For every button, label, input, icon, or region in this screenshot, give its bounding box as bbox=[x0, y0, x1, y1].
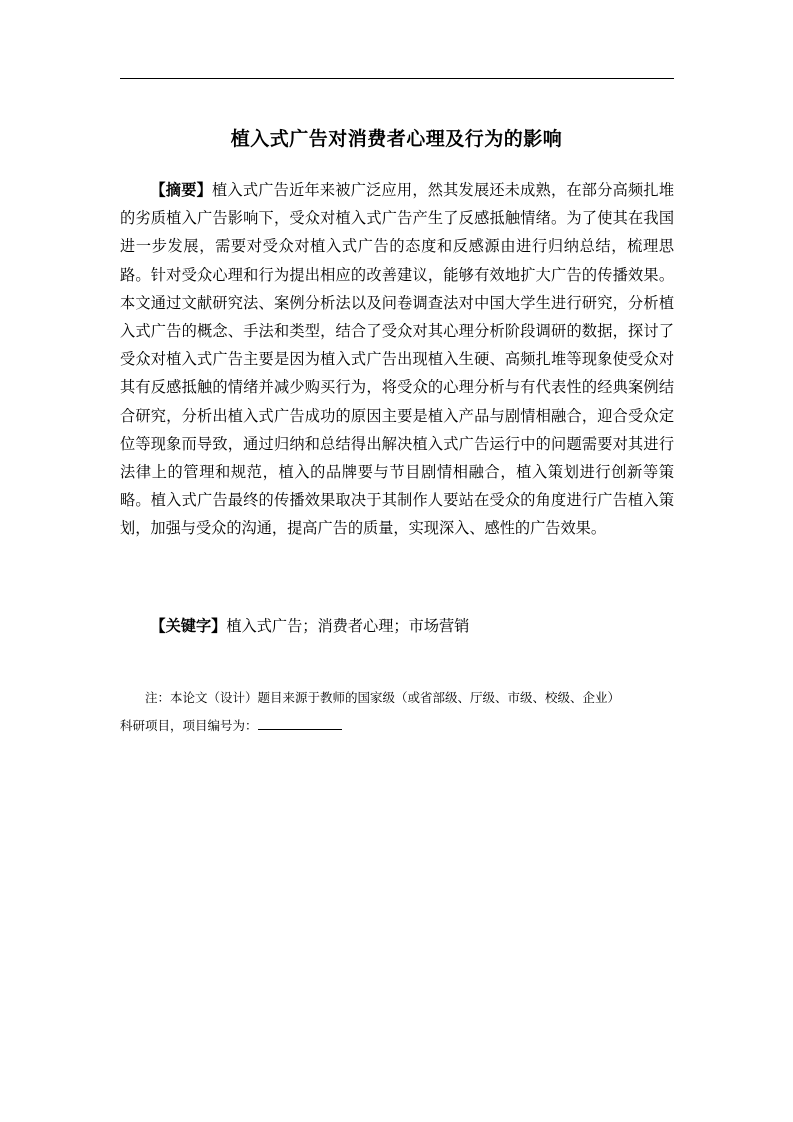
project-number-blank bbox=[258, 717, 342, 730]
document-title: 植入式广告对消费者心理及行为的影响 bbox=[0, 124, 793, 151]
header-rule bbox=[120, 78, 674, 79]
note-line-2-wrapper: 科研项目，项目编号为： bbox=[120, 712, 674, 740]
note-line-1: 注：本论文（设计）题目来源于教师的国家级（或省部级、厅级、市级、校级、企业） bbox=[120, 684, 674, 712]
keywords-section: 【关键字】植入式广告；消费者心理；市场营销 bbox=[120, 612, 674, 640]
abstract-section: 【摘要】植入式广告近年来被广泛应用，然其发展还未成熟，在部分高频扎堆的劣质植入广… bbox=[120, 176, 674, 543]
abstract-label: 【摘要】 bbox=[150, 181, 212, 199]
note-line-2: 科研项目，项目编号为： bbox=[120, 718, 258, 733]
keywords-label: 【关键字】 bbox=[150, 617, 226, 635]
project-note: 注：本论文（设计）题目来源于教师的国家级（或省部级、厅级、市级、校级、企业） 科… bbox=[120, 684, 674, 740]
abstract-text: 植入式广告近年来被广泛应用，然其发展还未成熟，在部分高频扎堆的劣质植入广告影响下… bbox=[120, 181, 674, 537]
abstract-paragraph: 【摘要】植入式广告近年来被广泛应用，然其发展还未成熟，在部分高频扎堆的劣质植入广… bbox=[120, 176, 674, 543]
keywords-text: 植入式广告；消费者心理；市场营销 bbox=[226, 617, 469, 635]
